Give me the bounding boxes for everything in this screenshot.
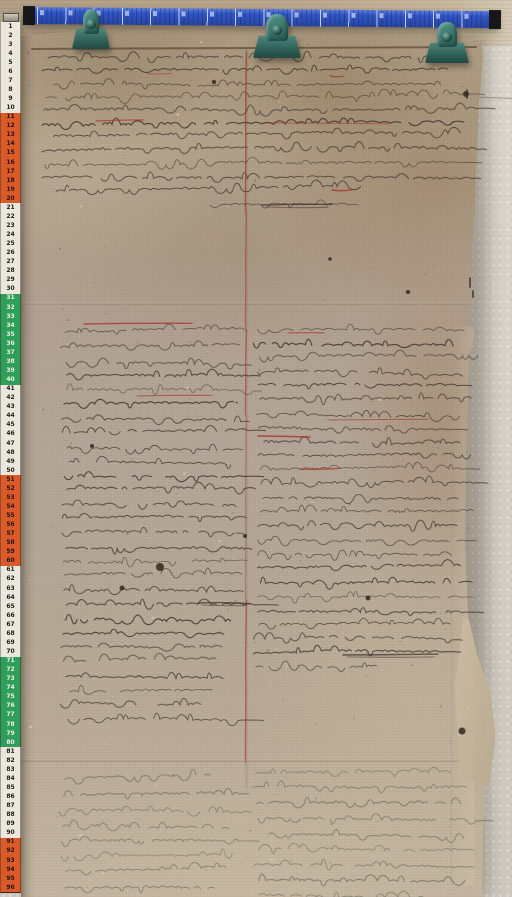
bulldog-clip (253, 14, 301, 58)
ruler-end-cap-right (489, 10, 501, 29)
left-edge-shading (19, 26, 35, 897)
clip-boss (86, 19, 96, 29)
bulldog-clip (72, 9, 110, 49)
horizontal-crease-lower (19, 759, 485, 762)
tape-cm-cell: 96 (0, 883, 21, 893)
manuscript-document (19, 26, 485, 897)
vertical-center-crease (245, 48, 248, 788)
ruler-end-cap-left (23, 6, 35, 25)
tape-metal-tip (3, 13, 19, 22)
clip-boss (272, 25, 282, 35)
bulldog-clip (425, 22, 469, 63)
archive-photo: 1234567891011121314151617181920212223242… (0, 0, 512, 897)
clip-boss (442, 32, 452, 42)
vertical-ruler: 1234567891011121314151617181920212223242… (0, 13, 21, 897)
horizontal-crease-upper (19, 302, 485, 305)
